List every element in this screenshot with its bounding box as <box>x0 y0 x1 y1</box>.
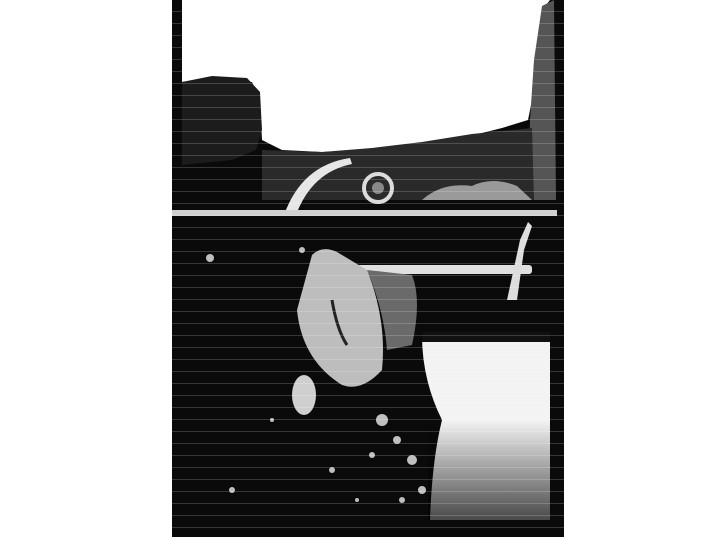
tree-canopy <box>182 76 262 165</box>
photo-content <box>172 0 564 537</box>
dangling-hair <box>292 375 316 415</box>
scanned-photograph <box>172 0 564 537</box>
raised-leg <box>507 222 532 300</box>
upper-bar <box>172 210 557 216</box>
